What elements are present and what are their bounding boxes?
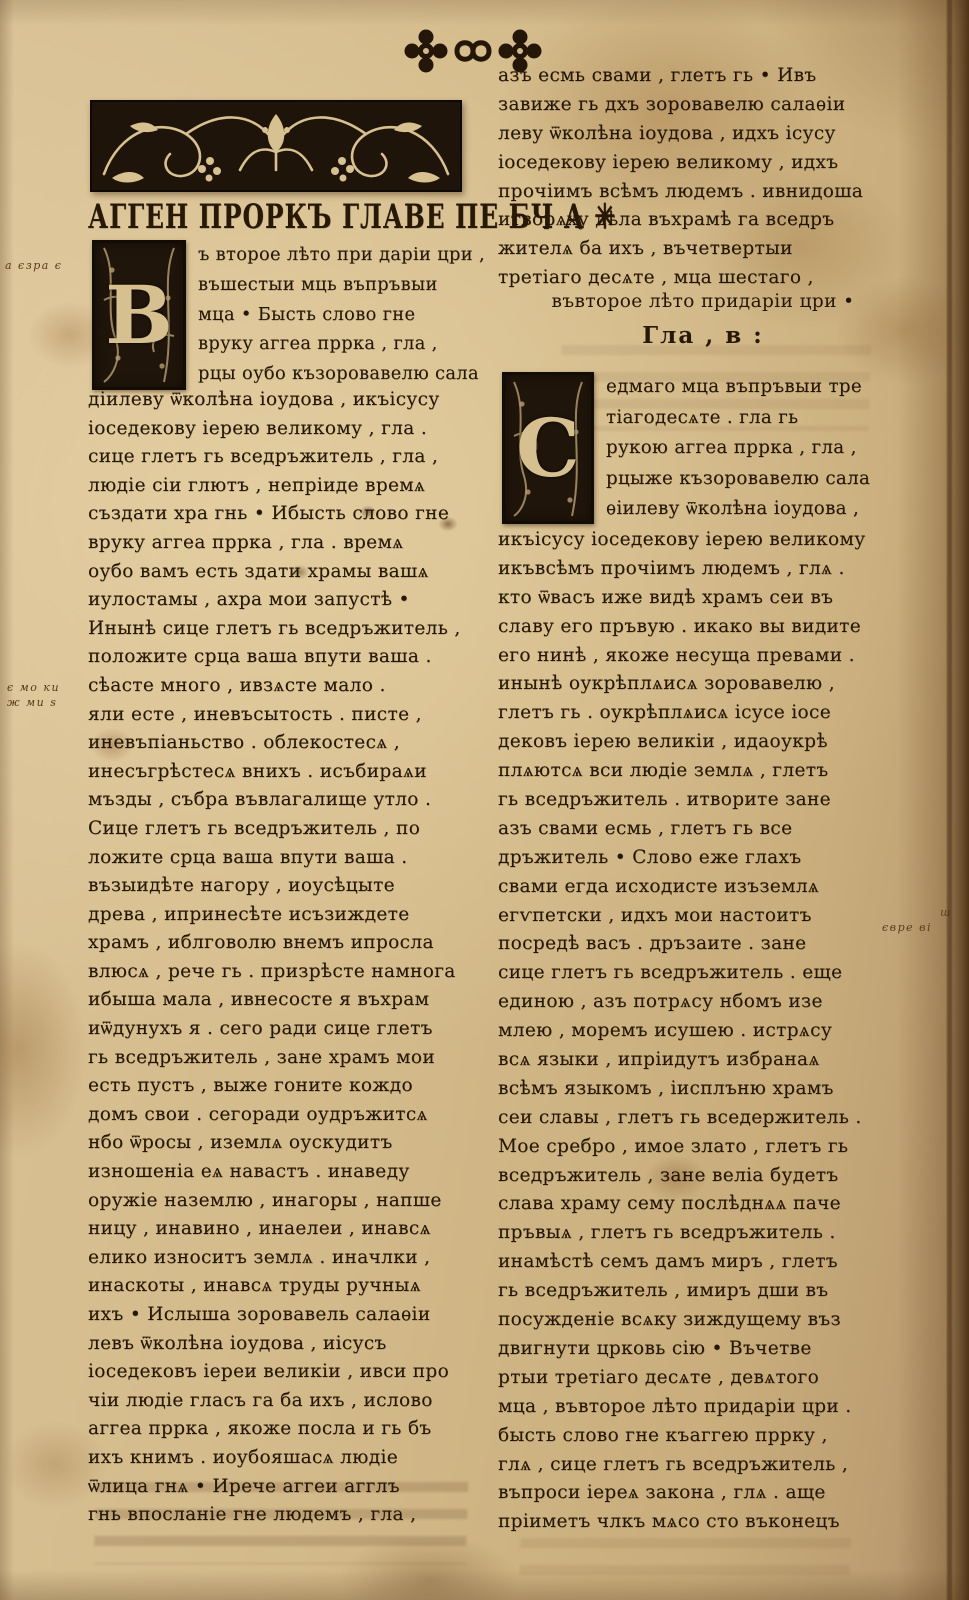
text-line: ницу , инавино , инаелеи , инавсѧ [88, 1215, 488, 1244]
margin-note-text: а єзра є [5, 258, 87, 273]
text-line: третіаго десѧте , мца шестаго , [498, 264, 910, 293]
text-line: нбо ѿросы , иземлѧ оускудитъ [88, 1129, 488, 1158]
text-line: азъ есмь свами , глетъ гь • Ивъ [498, 62, 910, 91]
book-title: АГГЕН ПРОРКЪ ГЛАВЕ ПЕ БЧ А ✳ [88, 198, 468, 237]
text-line: единою , азъ потрѧсу нбомъ изе [498, 988, 910, 1017]
text-line: есть пустъ , выже гоните кождо [88, 1072, 488, 1101]
text-line: іоседекову іерею великому , гла . [88, 415, 488, 444]
text-line: ѿлица гнѧ • Ирече аггеи агглъ [88, 1473, 488, 1502]
text-line: свами егда исходисте изъземлѧ [498, 873, 910, 902]
text-line: слава храму сему послѣднѧѧ паче [498, 1190, 910, 1219]
left-column-text: діилеву ѿколѣна іоудова , икъісусуіоседе… [88, 386, 488, 1530]
text-line: гь вседръжитель , зане храмъ мои [88, 1044, 488, 1073]
margin-note-left-top: а єзра є [5, 258, 87, 273]
text-line: плѧютсѧ вси людіе землѧ , глетъ [498, 757, 910, 786]
text-line: икъвсѣмъ прочіимъ людемъ , глѧ . [498, 555, 910, 584]
text-line: вседръжитель , зане веліа будетъ [498, 1162, 910, 1191]
text-line: дековъ іерею великіи , идаоукрѣ [498, 728, 910, 757]
text-line: глетъ гь . оукрѣплѧисѧ ісусе іосе [498, 699, 910, 728]
text-line: ложите срца ваша впути ваша . [88, 844, 488, 873]
text-line: едмаго мца въпръвыи тре [606, 372, 910, 403]
text-line: леву ѿколѣна іоудова , идхъ ісусу [498, 120, 910, 149]
text-line: сѣасте много , ивзѧсте мало . [88, 672, 488, 701]
text-line: глѧ , сице глетъ гь вседръжитель , [498, 1451, 910, 1480]
text-line: итворѧху дѣла въхрамѣ га вседръ [498, 206, 910, 235]
text-line: ихъ • Ислыша зоровавель салаѳіи [88, 1301, 488, 1330]
right-column-text: икъісусу іоседекову іерею великомуикъвсѣ… [498, 526, 910, 1537]
text-line: тіагодесѧте . гла гь [606, 403, 910, 434]
text-line: кто ѿвасъ иже видѣ храмъ сеи въ [498, 584, 910, 613]
text-line: домъ свои . сегоради оудръжитсѧ [88, 1101, 488, 1130]
text-line: егѵпетски , идхъ мои настоитъ [498, 902, 910, 931]
book-page: а єзра є є мо ки ж ми ѕ ш євре ві [0, 0, 969, 1600]
chapter-heading: Гла , в : [498, 322, 908, 349]
right-column-indented-lines: едмаго мца въпръвыи третіагодесѧте . гла… [606, 372, 910, 526]
text-line: инесъгрѣстесѧ внихъ . исъбираѧи [88, 758, 488, 787]
text-line: пріиметъ члкъ мѧсо сто въконецъ [498, 1508, 910, 1537]
text-line: ртыи третіаго десѧте , девѧтого [498, 1364, 910, 1393]
text-line: двигнути црковь сію • Въчетве [498, 1335, 910, 1364]
left-column-indented-lines: ъ второе лѣто при даріи цри ,въшестыи мц… [198, 240, 488, 390]
margin-note-text: ж ми ѕ [7, 695, 87, 710]
text-line: ѳіилеву ѿколѣна іоудова , [606, 494, 910, 525]
text-line: гнь впосланіе гне людемъ , гла , [88, 1501, 488, 1530]
text-line: храмъ , иблговолю внемъ ипросла [88, 929, 488, 958]
headpiece-woodcut [90, 100, 462, 192]
text-line: иѿдунухъ я . сего ради сице глетъ [88, 1015, 488, 1044]
text-line: посужденіе всѧку зиждущему въз [498, 1306, 910, 1335]
text-line: аггеа пррка , якоже посла и гь бъ [88, 1415, 488, 1444]
text-line: жителѧ ба ихъ , въчетвертыи [498, 235, 910, 264]
text-line: елико износитъ землѧ . иначлки , [88, 1244, 488, 1273]
text-line: иневъпіаньство . облекостесѧ , [88, 729, 488, 758]
margin-note-text: є мо ки [7, 680, 87, 695]
text-line: вруку аггеа пррка , гла . времѧ [88, 529, 488, 558]
text-line: ибыша мала , ивнесосте я въхрам [88, 986, 488, 1015]
text-line: прочіимъ всѣмъ людемъ . ивнидоша [498, 178, 910, 207]
text-line: инаскоты , инавсѧ труды ручныѧ [88, 1272, 488, 1301]
text-line: Сице глетъ гь вседръжитель , по [88, 815, 488, 844]
drop-cap-letter: С [502, 372, 594, 524]
text-line: гь вседръжитель , имиръ дши въ [498, 1277, 910, 1306]
text-line: людіе сіи глютъ , непріиде времѧ [88, 472, 488, 501]
text-line: его нинѣ , якоже несуща превами . [498, 642, 910, 671]
text-line: въшестыи мць въпръвыи [198, 270, 488, 300]
text-line: икъісусу іоседекову іерею великому [498, 526, 910, 555]
right-column-opening: С едмаго мца въпръвыи третіагодесѧте . г… [502, 372, 910, 526]
text-line: оубо вамъ есть здати храмы вашѧ [88, 558, 488, 587]
text-line: мъзды , събра въвлагалище утло . [88, 786, 488, 815]
text-line: положите срца ваша впути ваша . [88, 643, 488, 672]
text-line: оружіе наземлю , инагоры , напше [88, 1187, 488, 1216]
text-line: сице глетъ гь вседръжитель , гла , [88, 443, 488, 472]
drop-cap-woodcut-left: В [92, 240, 186, 390]
text-line: пръвыѧ , глетъ гь вседръжитель . [498, 1219, 910, 1248]
text-line: азъ свами есмь , глетъ гь все [498, 815, 910, 844]
text-line: създати хра гнь • Ибысть слово гне [88, 500, 488, 529]
text-line: инамѣстѣ семъ дамъ миръ , глетъ [498, 1248, 910, 1277]
text-line: въпроси іереѧ закона , глѧ . аще [498, 1479, 910, 1508]
text-line: гь вседръжитель . итворите зане [498, 786, 910, 815]
text-line: вруку аггеа пррка , гла , [198, 329, 488, 359]
text-line: чіи людіе гласъ га ба ихъ , ислово [88, 1387, 488, 1416]
text-line: дръжитель • Слово еже глахъ [498, 844, 910, 873]
left-column-opening: В ъ второе лѣто при даріи цри ,въшестыи … [92, 240, 488, 390]
text-line: изношеніа еѧ навастъ . инаведу [88, 1158, 488, 1187]
text-line: бысть слово гне къаггею пррку , [498, 1422, 910, 1451]
text-line: діилеву ѿколѣна іоудова , икъісусу [88, 386, 488, 415]
text-line: посредѣ васъ . дръзаите . зане [498, 930, 910, 959]
dateline: въвторое лѣто придаріи цри • [498, 291, 908, 312]
text-line: древа , ипринесѣте исъзиждете [88, 901, 488, 930]
text-line: завиже гь дхъ зоровавелю салаѳіи [498, 91, 910, 120]
text-line: ъ второе лѣто при даріи цри , [198, 240, 488, 270]
text-line: Инынѣ сице глетъ гь вседръжитель , [88, 615, 488, 644]
text-line: Мое сребро , имое злато , глетъ гь [498, 1133, 910, 1162]
text-line: иулостамы , ахра мои запустѣ • [88, 586, 488, 615]
text-line: млею , моремъ исушею . истрѧсу [498, 1017, 910, 1046]
margin-note-left-middle: є мо ки ж ми ѕ [7, 680, 87, 710]
drop-cap-woodcut-right: С [502, 372, 594, 524]
drop-cap-letter: В [92, 240, 186, 390]
text-line: рцы оубо къзоровавелю сала [198, 359, 488, 389]
text-line: мца • Бысть слово гне [198, 300, 488, 330]
bleedthrough-texture [519, 1538, 850, 1578]
text-line: яли есте , иневъсытость . писте , [88, 701, 488, 730]
text-line: левъ ѿколѣна іоудова , иісусъ [88, 1330, 488, 1359]
right-column-top-text: азъ есмь свами , глетъ гь • Ивъзавиже гь… [498, 62, 910, 293]
text-line: іоседековъ іереи великіи , ивси про [88, 1358, 488, 1387]
text-line: сице глетъ гь вседръжитель . еще [498, 959, 910, 988]
text-line: іоседекову іерею великому , идхъ [498, 149, 910, 178]
text-line: сеи славы , глетъ гь вседержитель . [498, 1104, 910, 1133]
text-line: славу его пръвую . икако вы видите [498, 613, 910, 642]
text-line: мца , въвторое лѣто придаріи цри . [498, 1393, 910, 1422]
text-line: всѣмъ языкомъ , іисплъню храмъ [498, 1075, 910, 1104]
text-line: инынѣ оукрѣплѧисѧ зоровавелю , [498, 670, 910, 699]
text-line: влюсѧ , рече гь . призрѣсте намнога [88, 958, 488, 987]
text-line: възыидѣте нагору , иоусѣцыте [88, 872, 488, 901]
text-line: рцыже къзоровавелю сала [606, 464, 910, 495]
text-line: всѧ языки , ипріидутъ избранаѧ [498, 1046, 910, 1075]
text-line: ихъ книмъ . иоубояшасѧ людіе [88, 1444, 488, 1473]
text-line: рукою аггеа пррка , гла , [606, 433, 910, 464]
